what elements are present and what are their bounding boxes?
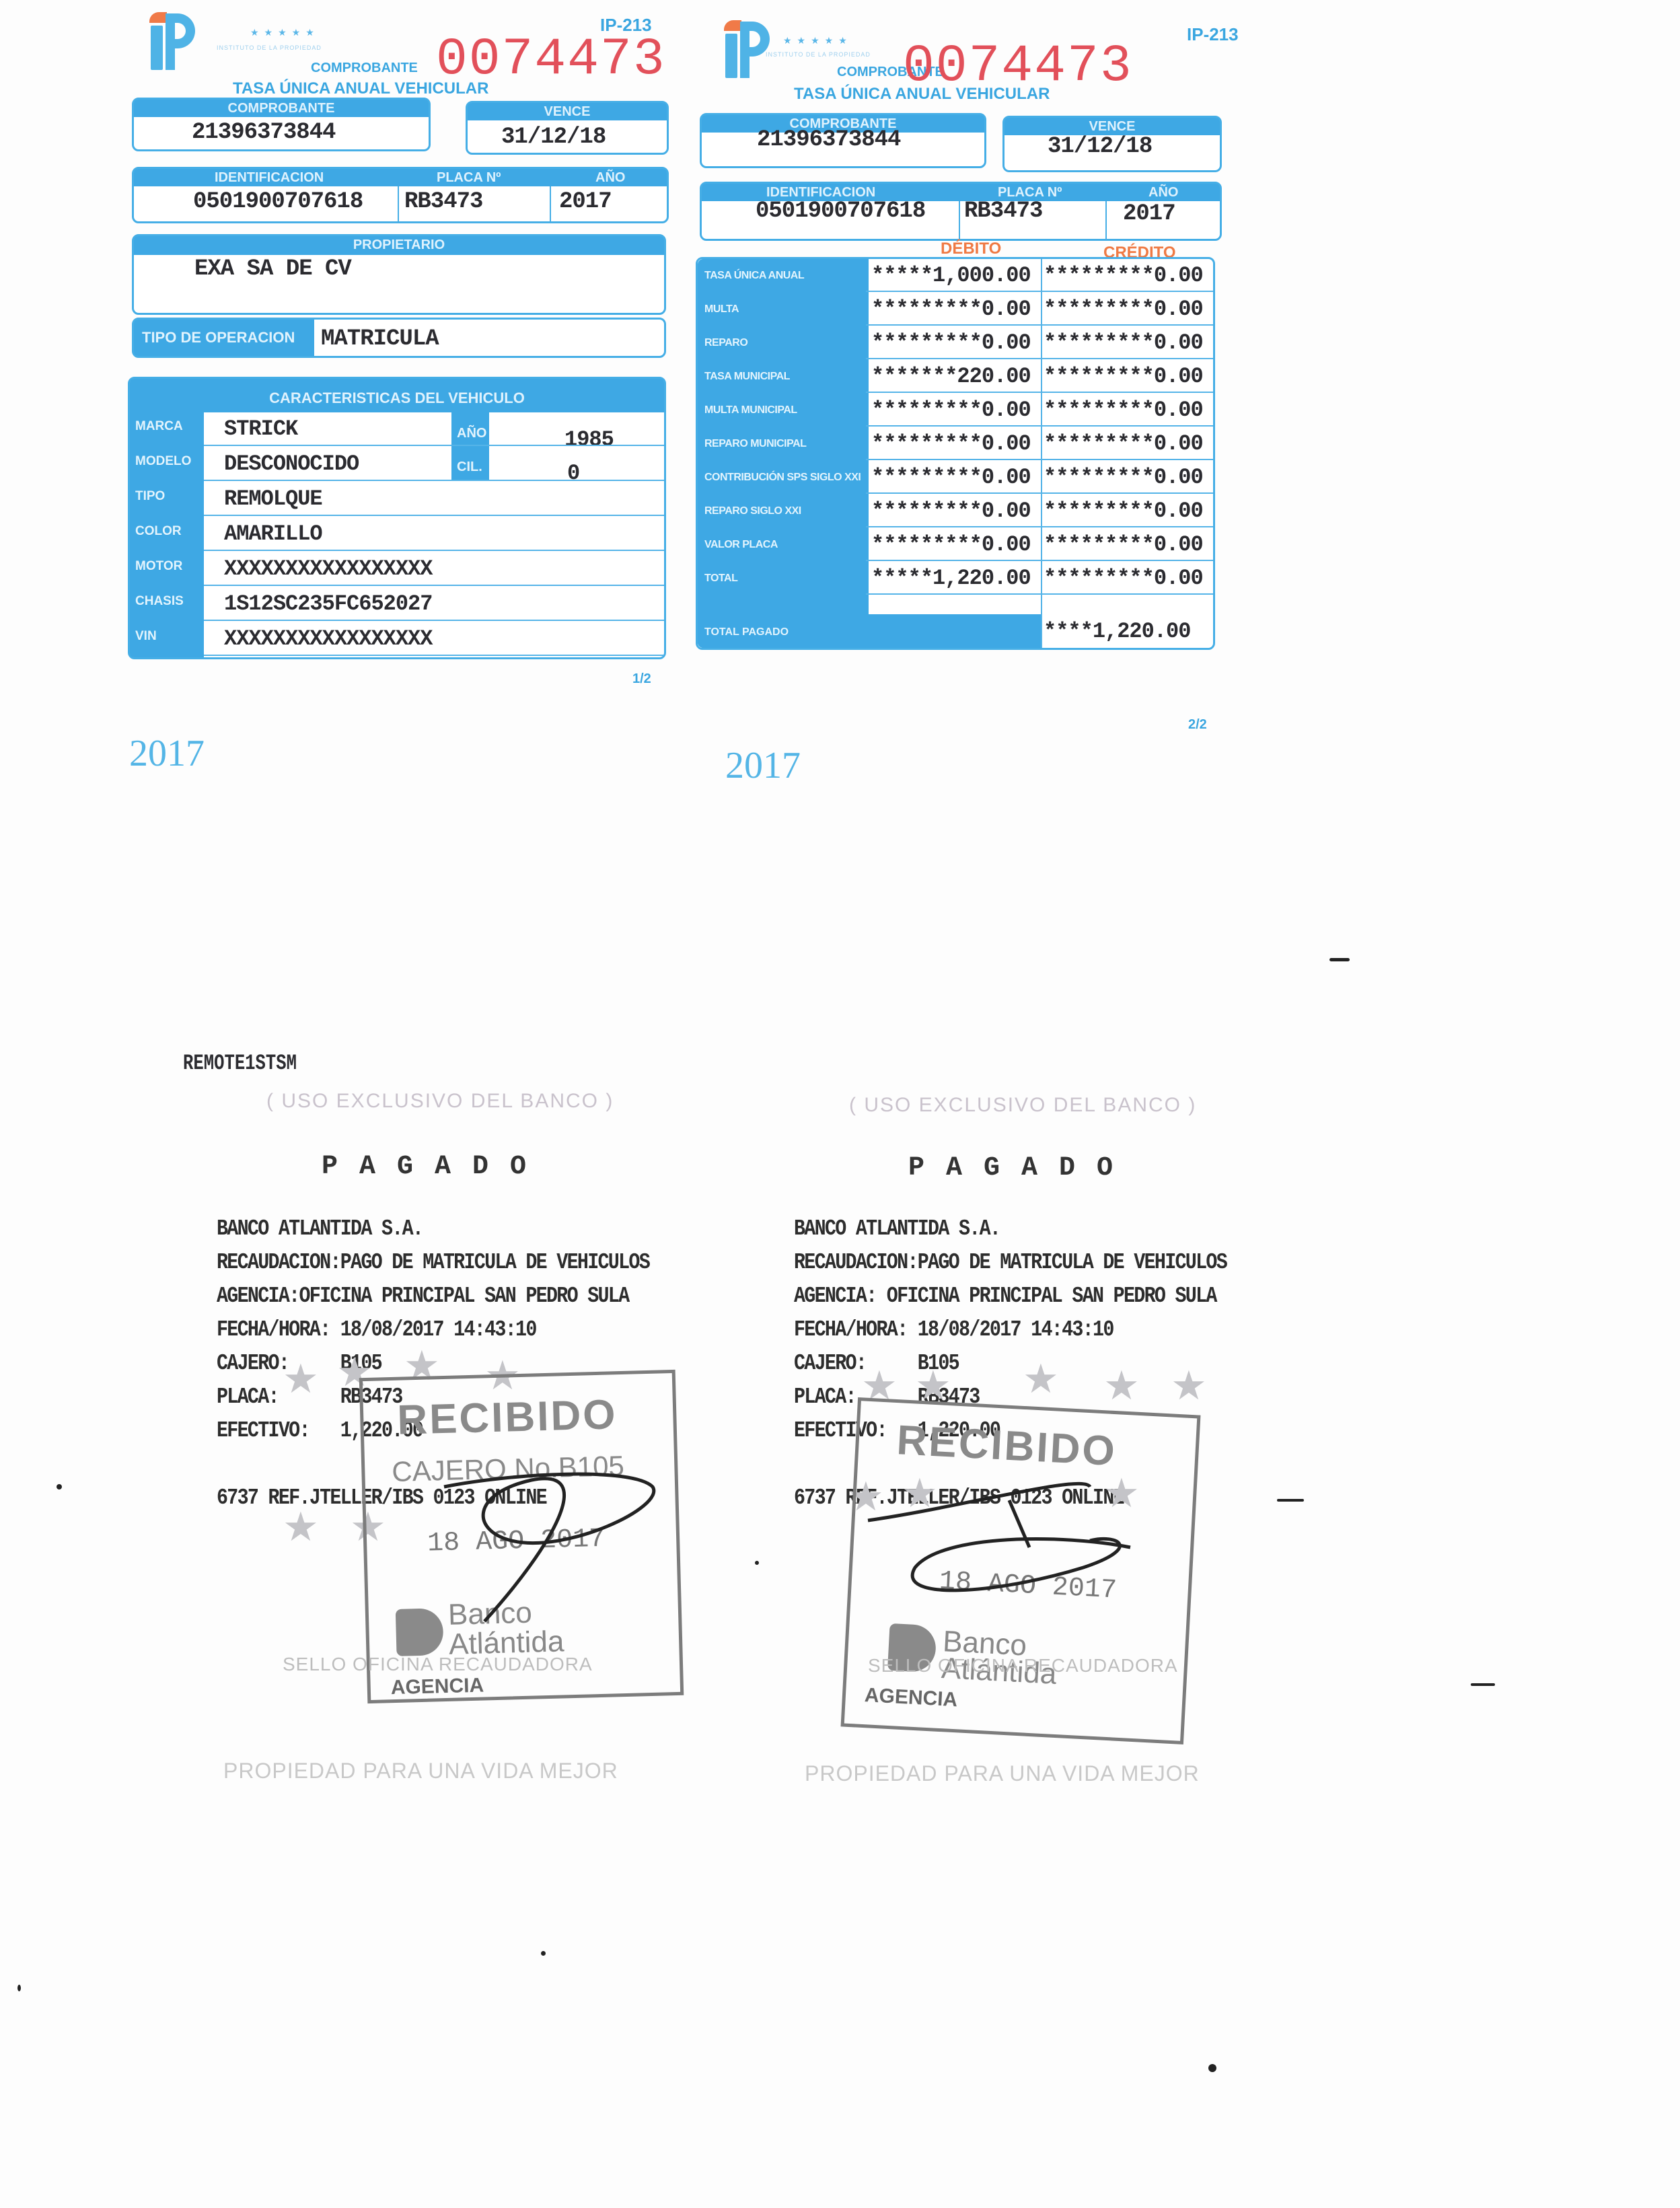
debito-value: *********0.00 [871, 465, 1031, 490]
debito-value: *********0.00 [871, 499, 1031, 523]
amount-label: CONTRIBUCIÓN SPS SIGLO XXI [704, 472, 861, 484]
identificacion-header: IDENTIFICACION [215, 169, 324, 186]
amount-row: REPARO*********0.00*********0.00 [698, 326, 1213, 359]
characteristic-row: COLORAMARILLO [130, 517, 664, 551]
amount-row: REPARO MUNICIPAL*********0.00*********0.… [698, 427, 1213, 460]
amount-label: TASA MUNICIPAL [704, 371, 790, 383]
characteristic-row: CHASIS1S12SC235FC652027 [130, 587, 664, 621]
credito-value: *********0.00 [1044, 263, 1203, 288]
propietario-value: EXA SA DE CV [194, 256, 351, 282]
ip-logo [147, 11, 199, 71]
identificacion-box: IDENTIFICACION PLACA Nº AÑO 050190070761… [132, 167, 669, 223]
institute-name: INSTITUTO DE LA PROPIEDAD [766, 51, 871, 58]
watermark-year: 2017 [725, 744, 801, 787]
debito-value: *****1,220.00 [871, 566, 1031, 591]
characteristic-row: TIPOREMOLQUE [130, 482, 664, 516]
vence-header: VENCE [468, 103, 667, 120]
uso-exclusivo-left: ( USO EXCLUSIVO DEL BANCO ) [266, 1090, 614, 1113]
footer-slogan-left: PROPIEDAD PARA UNA VIDA MEJOR [223, 1759, 618, 1783]
comprobante-value: 21396373844 [192, 120, 335, 145]
comprobante-label: COMPROBANTE [311, 61, 418, 76]
placa-value: RB3473 [964, 198, 1042, 224]
receipt-line: BANCO ATLANTIDA S.A. [217, 1216, 423, 1241]
ano-value: 2017 [559, 189, 612, 215]
credito-value: *********0.00 [1044, 297, 1203, 322]
identificacion-value: 0501900707618 [193, 189, 363, 215]
characteristic-row: VINXXXXXXXXXXXXXXXXX [130, 622, 664, 656]
tipo-operacion-label: TIPO DE OPERACION [142, 329, 295, 346]
vence-header: VENCE [1005, 118, 1220, 135]
folio-number: 0074473 [436, 34, 666, 86]
comprobante-header: COMPROBANTE [134, 100, 429, 117]
credito-value: *********0.00 [1044, 465, 1203, 490]
vence-value: 31/12/18 [1048, 134, 1152, 159]
receipt-line: BANCO ATLANTIDA S.A. [794, 1216, 1000, 1241]
propietario-box: PROPIETARIO EXA SA DE CV [132, 234, 666, 315]
placa-header: PLACA Nº [437, 169, 501, 186]
institute-name: INSTITUTO DE LA PROPIEDAD [217, 44, 322, 51]
debito-value: *********0.00 [871, 431, 1031, 456]
debito-value: *********0.00 [871, 297, 1031, 322]
montos-table: TASA ÚNICA ANUAL*****1,000.00*********0.… [696, 257, 1215, 650]
characteristic-label: MOTOR [135, 559, 182, 574]
credito-value: *********0.00 [1044, 431, 1203, 456]
comprobante-value: 21396373844 [757, 127, 900, 153]
receipt-line: AGENCIA:OFICINA PRINCIPAL SAN PEDRO SULA [217, 1284, 628, 1309]
amount-row: TASA ÚNICA ANUAL*****1,000.00*********0.… [698, 259, 1213, 292]
vence-value: 31/12/18 [501, 124, 606, 150]
propietario-header: PROPIETARIO [134, 236, 664, 255]
uso-exclusivo-right: ( USO EXCLUSIVO DEL BANCO ) [849, 1094, 1196, 1117]
stars-icon: ★★★★★ [783, 35, 852, 46]
vence-box: VENCE 31/12/18 [1002, 116, 1222, 172]
pagado-status-right: PAGADO [908, 1153, 1134, 1183]
receipt-line: RECAUDACION:PAGO DE MATRICULA DE VEHICUL… [217, 1250, 649, 1275]
amount-row: MULTA MUNICIPAL*********0.00*********0.0… [698, 394, 1213, 427]
signature-left [431, 1467, 673, 1628]
amount-row: CONTRIBUCIÓN SPS SIGLO XXI*********0.00*… [698, 461, 1213, 494]
tipo-operacion-box: TIPO DE OPERACION MATRICULA [132, 318, 666, 358]
debito-value: *******220.00 [871, 364, 1031, 389]
stars-icon: ★★★★★ [250, 27, 320, 38]
debito-value: *********0.00 [871, 532, 1031, 557]
debito-header: DÉBITO [941, 240, 1001, 258]
amount-label: REPARO SIGLO XXI [704, 505, 801, 517]
characteristic-row: MOTORXXXXXXXXXXXXXXXXX [130, 552, 664, 586]
comprobante-box: COMPROBANTE 21396373844 [132, 98, 431, 151]
characteristic-value: DESCONOCIDO [224, 451, 359, 476]
characteristic-label: COLOR [135, 524, 182, 539]
debito-value: *********0.00 [871, 330, 1031, 355]
characteristic-row: MODELODESCONOCIDO [130, 447, 664, 481]
characteristic-value: AMARILLO [224, 521, 322, 546]
ano-header: AÑO [595, 169, 625, 186]
vence-box: VENCE 31/12/18 [466, 101, 669, 155]
sello-oficina-left: SELLO OFICINA RECAUDADORA [283, 1654, 593, 1675]
credito-value: *********0.00 [1044, 364, 1203, 389]
debito-value: *****1,000.00 [871, 263, 1031, 288]
slip-title: TASA ÚNICA ANUAL VEHICULAR [233, 79, 488, 98]
amount-label: TASA ÚNICA ANUAL [704, 270, 804, 282]
characteristic-label: MODELO [135, 454, 191, 469]
credito-value: *********0.00 [1044, 330, 1203, 355]
identificacion-value: 0501900707618 [756, 198, 925, 224]
receipt-line: RECAUDACION:PAGO DE MATRICULA DE VEHICUL… [794, 1250, 1227, 1275]
characteristic-value: STRICK [224, 416, 297, 441]
characteristic-label: CHASIS [135, 594, 184, 609]
identificacion-box: IDENTIFICACION PLACA Nº AÑO 050190070761… [700, 182, 1222, 241]
characteristic-label: VIN [135, 629, 157, 644]
characteristic-row: MARCASTRICK [130, 412, 664, 446]
ip-logo [721, 19, 774, 79]
placa-value: RB3473 [404, 189, 482, 215]
characteristic-value: REMOLQUE [224, 486, 322, 511]
footer-slogan-right: PROPIEDAD PARA UNA VIDA MEJOR [805, 1761, 1200, 1786]
terminal-id: REMOTE1STSM [183, 1051, 297, 1076]
total-pagado-label: TOTAL PAGADO [704, 626, 789, 638]
amount-label: REPARO MUNICIPAL [704, 438, 806, 450]
slip-title: TASA ÚNICA ANUAL VEHICULAR [794, 85, 1050, 104]
receipt-line: FECHA/HORA: 18/08/2017 14:43:10 [217, 1317, 536, 1342]
watermark-year: 2017 [129, 732, 205, 775]
credito-value: *********0.00 [1044, 499, 1203, 523]
amount-row: MULTA*********0.00*********0.00 [698, 293, 1213, 326]
ano-value: 2017 [1123, 201, 1175, 227]
characteristic-value: XXXXXXXXXXXXXXXXX [224, 556, 432, 581]
amount-label: REPARO [704, 337, 747, 349]
amount-label: MULTA MUNICIPAL [704, 404, 797, 416]
form-code: IP-213 [1187, 24, 1239, 45]
credito-value: *********0.00 [1044, 566, 1203, 591]
receipt-line: FECHA/HORA: 18/08/2017 14:43:10 [794, 1317, 1113, 1342]
characteristic-label: TIPO [135, 489, 165, 504]
credito-value: *********0.00 [1044, 398, 1203, 422]
receipt-line: AGENCIA: OFICINA PRINCIPAL SAN PEDRO SUL… [794, 1284, 1216, 1309]
page-indicator: 2/2 [1188, 717, 1207, 733]
amount-label: VALOR PLACA [704, 539, 778, 551]
characteristic-value: XXXXXXXXXXXXXXXXX [224, 626, 432, 651]
page-indicator: 1/2 [632, 671, 651, 687]
sello-oficina-right: SELLO OFICINA RECAUDADORA [868, 1655, 1178, 1677]
amount-row: REPARO SIGLO XXI*********0.00*********0.… [698, 494, 1213, 527]
tipo-operacion-value: MATRICULA [321, 326, 439, 352]
credito-value: *********0.00 [1044, 532, 1203, 557]
signature-right [861, 1467, 1171, 1615]
debito-value: *********0.00 [871, 398, 1031, 422]
amount-row: TOTAL*****1,220.00*********0.00 [698, 562, 1213, 595]
caracteristicas-title: CARACTERISTICAS DEL VEHICULO [130, 390, 664, 407]
ano-header: AÑO [1148, 184, 1178, 201]
amount-row: VALOR PLACA*********0.00*********0.00 [698, 528, 1213, 561]
amount-row: TASA MUNICIPAL*******220.00*********0.00 [698, 360, 1213, 393]
caracteristicas-box: CARACTERISTICAS DEL VEHICULO AÑO CIL. 19… [128, 377, 666, 659]
amount-label: MULTA [704, 303, 739, 316]
amount-label: TOTAL [704, 573, 737, 585]
total-pagado-value: ****1,220.00 [1044, 619, 1190, 644]
comprobante-box: COMPROBANTE 21396373844 [700, 113, 986, 168]
characteristic-value: 1S12SC235FC652027 [224, 591, 432, 616]
pagado-status-left: PAGADO [322, 1152, 548, 1182]
characteristic-label: MARCA [135, 419, 183, 434]
